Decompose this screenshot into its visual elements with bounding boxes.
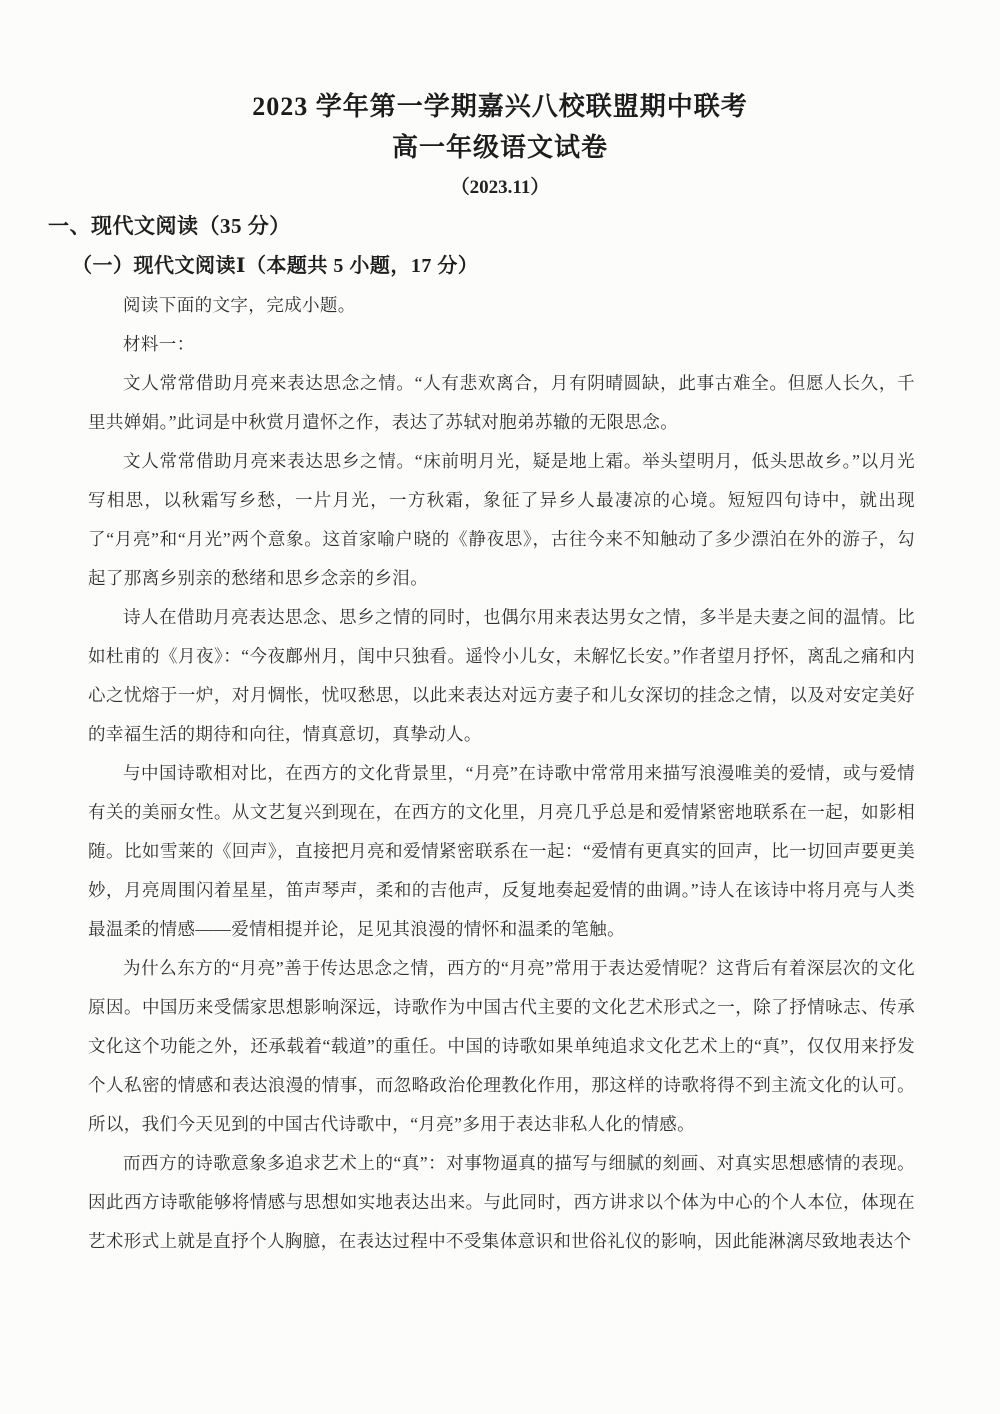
material-one-label: 材料一： (88, 325, 915, 364)
passage-paragraph-6: 而西方的诗歌意象多追求艺术上的“真”：对事物逼真的描写与细腻的刻画、对真实思想感… (88, 1144, 915, 1261)
exam-title-line2: 高一年级语文试卷 (0, 127, 1000, 169)
subsection-heading-reading-1: （一）现代文阅读Ⅰ（本题共 5 小题，17 分） (72, 247, 1000, 286)
passage-paragraph-4: 与中国诗歌相对比，在西方的文化背景里，“月亮”在诗歌中常常用来描写浪漫唯美的爱情… (88, 754, 915, 949)
passage-paragraph-1: 文人常常借助月亮来表达思念之情。“人有悲欢离合，月有阴晴圆缺，此事古难全。但愿人… (88, 364, 915, 442)
passage-paragraph-2: 文人常常借助月亮来表达思乡之情。“床前明月光，疑是地上霜。举头望明月，低头思故乡… (88, 442, 915, 598)
reading-passage: 阅读下面的文字，完成小题。 材料一： 文人常常借助月亮来表达思念之情。“人有悲欢… (88, 286, 915, 1261)
section-heading-modern-text-reading: 一、现代文阅读（35 分） (48, 206, 1000, 247)
exam-title-line1: 2023 学年第一学期嘉兴八校联盟期中联考 (0, 87, 1000, 127)
exam-date: （2023.11） (0, 169, 1000, 206)
reading-instruction: 阅读下面的文字，完成小题。 (88, 286, 915, 325)
passage-paragraph-3: 诗人在借助月亮表达思念、思乡之情的同时，也偶尔用来表达男女之情，多半是夫妻之间的… (88, 598, 915, 754)
exam-paper-page: 2023 学年第一学期嘉兴八校联盟期中联考 高一年级语文试卷 （2023.11）… (0, 0, 1000, 1414)
passage-paragraph-5: 为什么东方的“月亮”善于传达思念之情，西方的“月亮”常用于表达爱情呢？这背后有着… (88, 949, 915, 1144)
